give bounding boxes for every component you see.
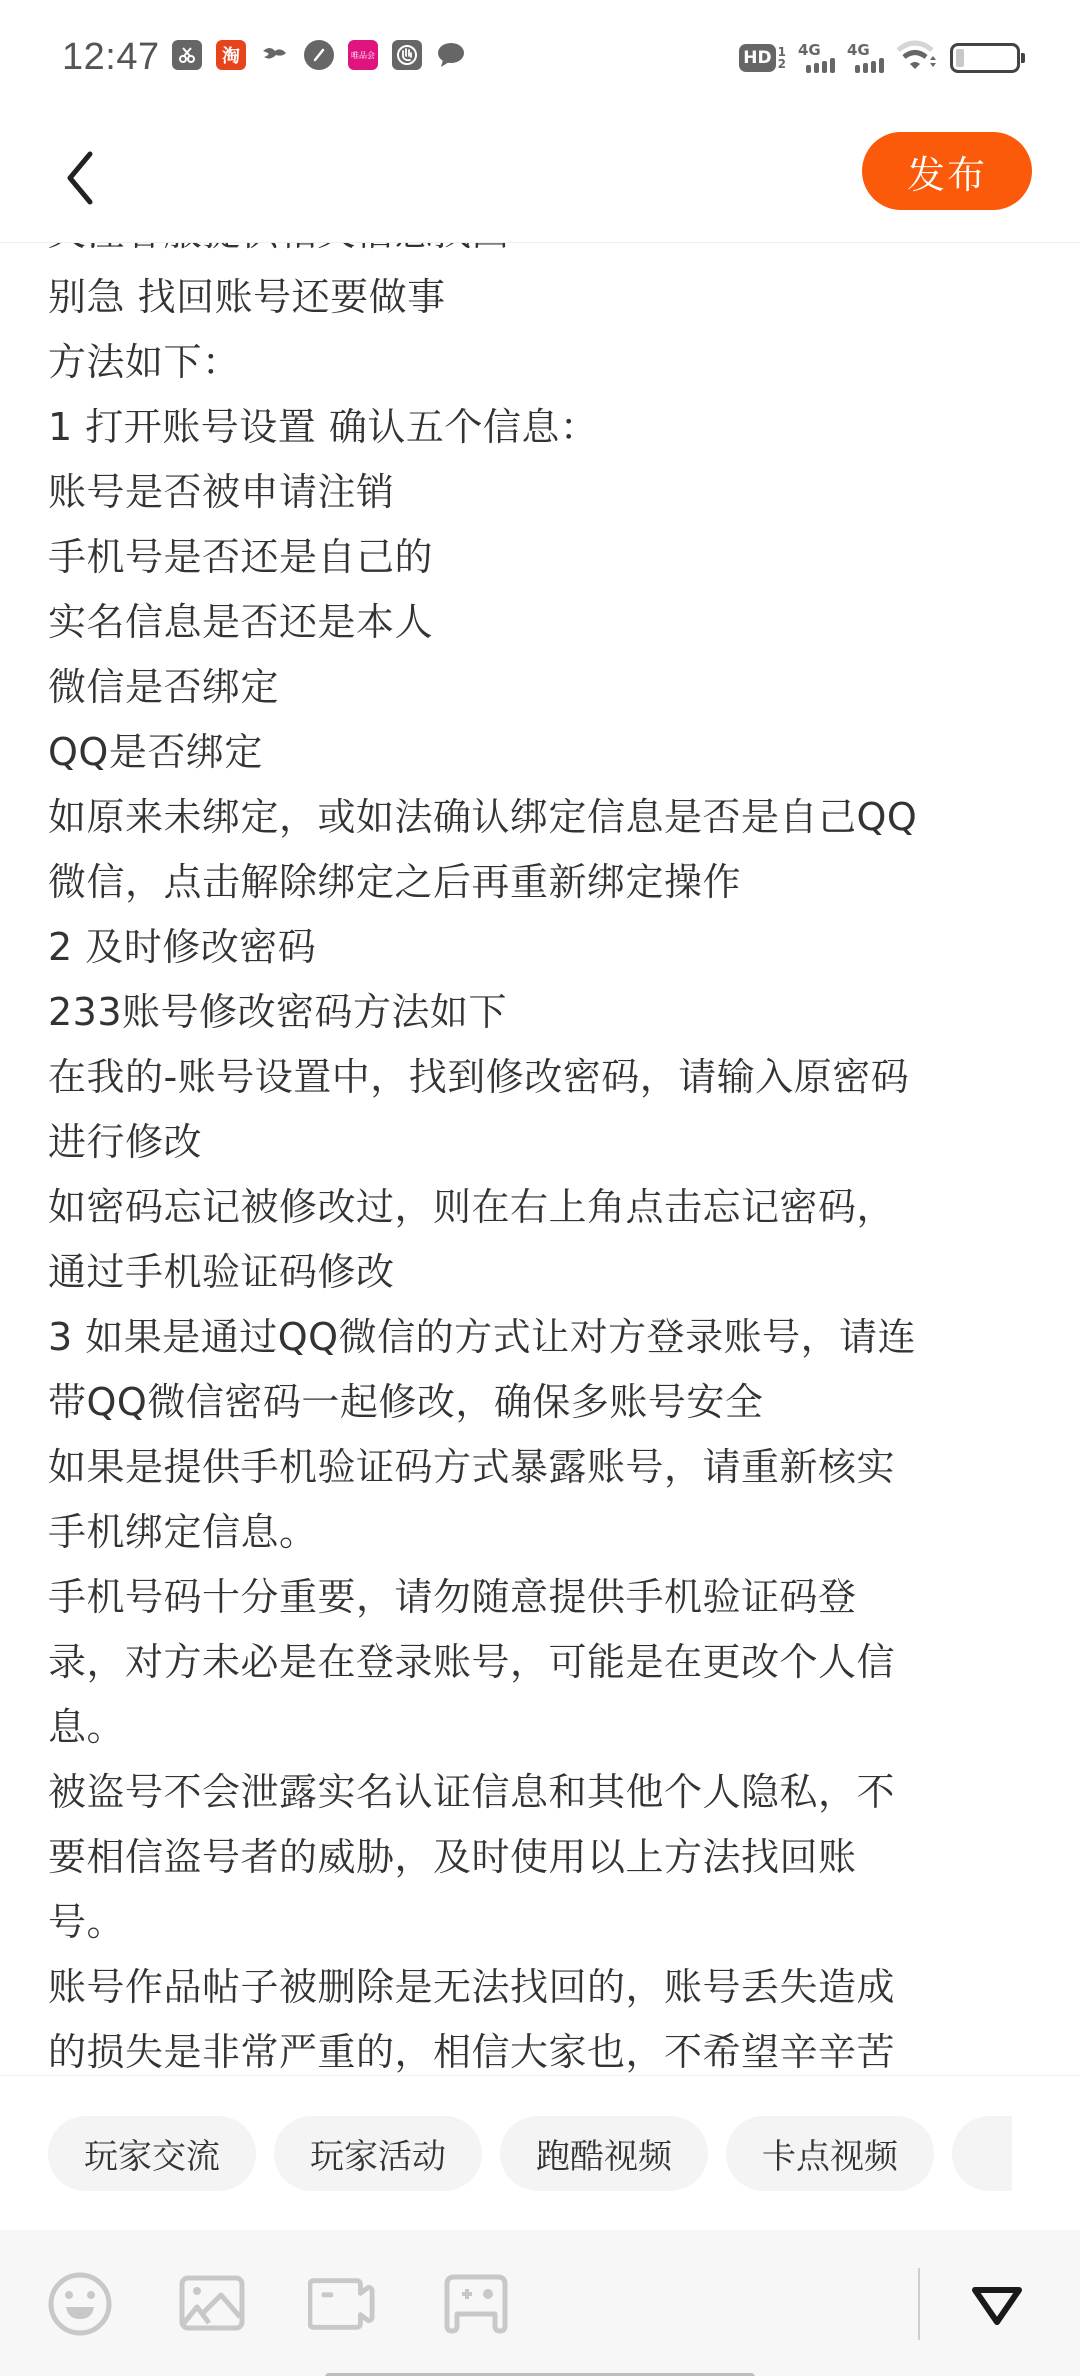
tags-edge-mask [1012,2076,1080,2230]
topic-tags-list: 玩家交流 玩家活动 跑酷视频 卡点视频 [48,2116,1080,2191]
triangle-down-icon [969,2284,1025,2328]
taobao-app-icon: 淘 [216,40,246,70]
tag-chip[interactable]: 卡点视频 [726,2116,934,2191]
tag-chip[interactable]: 玩家交流 [48,2116,256,2191]
video-button[interactable] [308,2270,376,2338]
hd-call-indicator: HD 1 2 [739,44,786,72]
post-line: 如密码忘记被修改过，则在右上角点击忘记密码， [48,1175,1033,1240]
sim1-signal-icon: 4G [798,43,835,73]
collapse-toolbar-button[interactable] [962,2278,1032,2334]
post-line: 如原来未绑定，或如法确认绑定信息是否是自己QQ [48,785,1033,850]
video-icon [308,2277,376,2331]
sim1-network-label: 4G [798,43,821,58]
image-button[interactable] [178,2270,246,2338]
message-bubble-icon [436,40,466,70]
sim-slot-numbers: 1 2 [778,46,786,70]
post-line: 1 打开账号设置 确认五个信息： [48,395,1033,460]
tag-chip[interactable]: 跑酷视频 [500,2116,708,2191]
post-line: 被盗号不会泄露实名认证信息和其他个人隐私，不 [48,1760,1033,1825]
game-icon [444,2274,508,2334]
status-bar: 12:47 淘 唯品会 HD 1 2 4G [0,0,1080,115]
top-nav-bar: 发布 [0,115,1080,243]
signal-bars [806,58,835,73]
post-line: 微信，点击解除绑定之后再重新绑定操作 [48,850,1033,915]
post-line: 进行修改 [48,1110,1033,1175]
post-line: 息。 [48,1695,1033,1760]
sim2-signal-icon: 4G [847,43,884,73]
post-line: 关注客服提供相关信息找回 [48,243,1033,265]
topic-tags-bar[interactable]: 玩家交流 玩家活动 跑酷视频 卡点视频 [0,2075,1080,2230]
vipshop-app-icon: 唯品会 [348,40,378,70]
post-line: 实名信息是否还是本人 [48,590,1033,655]
hand-block-icon [392,40,422,70]
publish-button[interactable]: 发布 [862,132,1032,210]
chevron-left-icon [62,150,98,206]
post-line: 手机绑定信息。 [48,1500,1033,1565]
status-time: 12:47 [62,36,160,79]
post-line: 手机号码十分重要，请勿随意提供手机验证码登 [48,1565,1033,1630]
sim2-network-label: 4G [847,43,870,58]
post-line: 录，对方未必是在登录账号，可能是在更改个人信 [48,1630,1033,1695]
speedometer-icon [304,40,334,70]
editor-toolbar [0,2230,1080,2376]
hd-icon: HD [739,44,775,72]
post-line: 2 及时修改密码 [48,915,1033,980]
post-line: 手机号是否还是自己的 [48,525,1033,590]
emoji-button[interactable] [46,2270,114,2338]
wifi-icon [896,40,938,76]
battery-icon [950,43,1020,73]
tag-chip[interactable]: 玩家活动 [274,2116,482,2191]
system-status-icons: HD 1 2 4G 4G [739,40,1020,76]
back-button[interactable] [50,143,110,213]
emoji-icon [47,2271,113,2337]
battery-level [956,49,964,67]
screenshot-icon [172,40,202,70]
post-line: 3 如果是通过QQ微信的方式让对方登录账号，请连 [48,1305,1033,1370]
toolbar-divider [918,2268,920,2340]
post-line: QQ是否绑定 [48,720,1033,785]
post-line: 通过手机验证码修改 [48,1240,1033,1305]
post-line: 的损失是非常严重的，相信大家也，不希望辛辛苦 [48,2020,1033,2075]
post-line: 别急 找回账号还要做事 [48,265,1033,330]
post-line: 233账号修改密码方法如下 [48,980,1033,1045]
post-content-editor[interactable]: 关注客服提供相关信息找回 别急 找回账号还要做事 方法如下： 1 打开账号设置 … [0,243,1080,2075]
post-line: 要相信盗号者的威胁，及时使用以上方法找回账 [48,1825,1033,1890]
sim-slot-bottom: 2 [778,58,786,70]
post-text: 关注客服提供相关信息找回 别急 找回账号还要做事 方法如下： 1 打开账号设置 … [48,243,1033,2075]
notification-icons: 淘 唯品会 [172,40,466,70]
post-line: 号。 [48,1890,1033,1955]
image-icon [179,2275,245,2333]
post-line: 账号是否被申请注销 [48,460,1033,525]
post-line: 方法如下： [48,330,1033,395]
post-line: 账号作品帖子被删除是无法找回的，账号丢失造成 [48,1955,1033,2020]
post-line: 如果是提供手机验证码方式暴露账号，请重新核实 [48,1435,1033,1500]
post-line: 带QQ微信密码一起修改，确保多账号安全 [48,1370,1033,1435]
game-button[interactable] [442,2270,510,2338]
cloud-app-icon [260,40,290,70]
post-line: 在我的-账号设置中，找到修改密码，请输入原密码 [48,1045,1033,1110]
post-line: 微信是否绑定 [48,655,1033,720]
signal-bars [855,58,884,73]
